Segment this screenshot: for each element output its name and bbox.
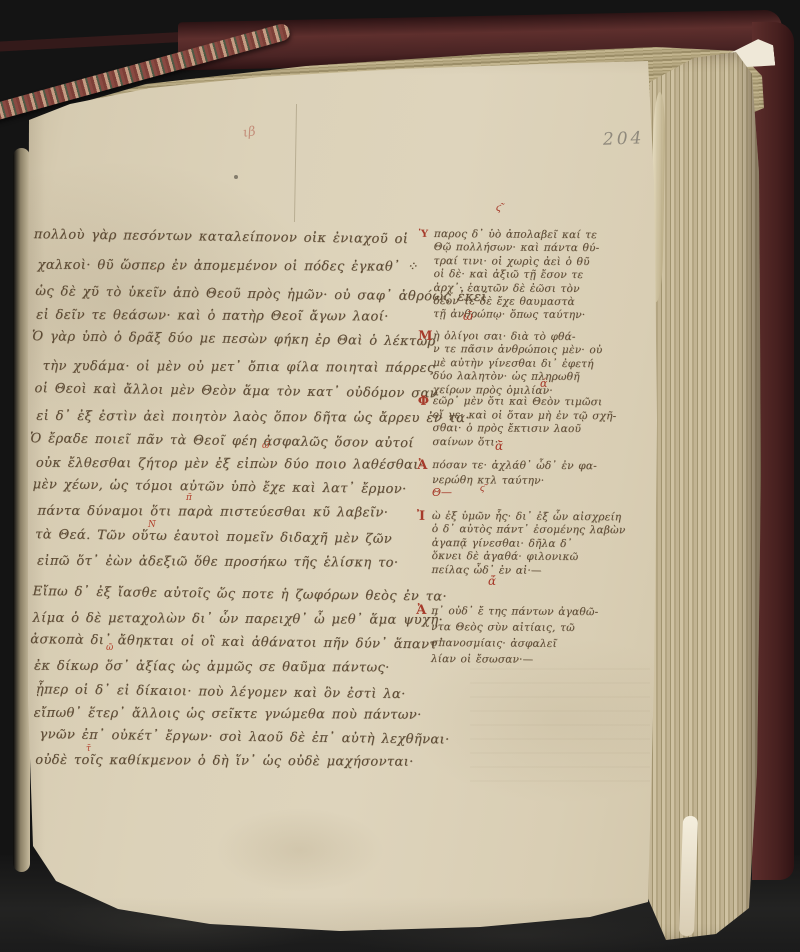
rubricated-initial: Ἀ [417,458,427,473]
ink-speck [234,175,238,179]
interlinear-red-mark: ᾽ [153,268,158,278]
commentary-paragraph: Ἰ ὼ ἐξ ὑμῶν ἧς· δι᾽ ἐξ ὧν αἰσχρείη ὁ δ᾽ … [431,510,633,578]
text-line: δύο λαλητὸν· ὡς πληρωθῆ [433,370,635,385]
rubricated-initial: Ἰ [417,510,425,523]
text-line: εῶρ᾽ μὲν ὅτι καὶ Θεὸν τιμῶσι [433,395,635,410]
red-inline-mark: ά [540,377,547,390]
text-line: οὐκ ἔλθεσθαι ζήτορ μὲν ἐξ εἰπὼν δύο ποιο… [36,456,423,473]
interlinear-red-mark: Ν̄ [148,520,156,530]
text-line: ἐκ δίκωρ ὅσ᾽ ἀξίας ὡς ἀμμῶς σε θαῦμα πάν… [34,659,390,676]
rubricated-initial: Φ [418,395,430,409]
ink-showthrough [470,668,650,788]
commentary-paragraph: Ἀ πόσαν τε· ἀχλάθ᾽ ὧδ᾽ ἐν φα- νερώθη κτλ… [432,458,634,489]
commentary-column: Ὑ παρος δ᾽ ὑὸ ἀπολαβεῖ καί τε Θῷ πολλήσω… [431,218,640,679]
text-line: εἰ δεῖν τε θεάσων· καὶ ὁ πατὴρ Θεοῖ ἄγων… [36,308,389,325]
text-line: εἰ δ᾽ ἐξ ἐστὶν ἀεὶ ποιητὸν λαὸς ὅπον δῆτ… [36,409,470,426]
commentary-paragraph: Μ ὴ ὀλίγοι σαι· διὰ τὸ φθά- ν τε πᾶσιν ἀ… [433,330,635,398]
text-line: ἀσκοπὰ δι᾽ ἄθηκται οἱ οἳ καὶ ἀθάνατοι πῆ… [30,632,444,652]
text-line: ἀρχ᾽· ἑαυτῶν δὲ ἐῶσι τὸν [433,282,635,297]
red-theta-sign: Θ— [432,486,452,499]
manuscript-photo: 204 ιβ πολλοὺ γὰρ πεσόντων καταλείπονον … [0,0,800,952]
text-line: τὴν χυδάμα· οἱ μὲν οὐ μετ᾽ ὄπια φίλα ποι… [43,359,435,376]
rubricated-initial: Ἀ [416,603,426,619]
parchment-crease [294,104,297,222]
text-line: πείλας ὧδ᾽ ἐν αἰ·— [431,564,633,579]
text-line: π᾽ οὐδ᾽ ἔ της πάντων ἀγαθῶ- [431,603,633,620]
text-line: οἱ δὲ· καὶ ἀξιῶ τῇ ἔσον τε [434,268,636,283]
text-line: τὰ Θεά. Τῶν οὕτω ἑαυτοὶ πομεῖν διδαχῆ μὲ… [35,527,392,547]
text-line: πόσαν τε· ἀχλάθ᾽ ὧδ᾽ ἐν φα- [432,458,634,474]
text-line: Εἴπω δ᾽ ἐξ ἴασθε αὐτοῖς ὥς ποτε ἡ ζωφόρω… [33,584,447,604]
folio-number: 204 [603,128,645,149]
commentary-paragraph: Φ εῶρ᾽ μὲν ὅτι καὶ Θεὸν τιμῶσι οἵ γε· κα… [432,395,634,451]
red-paragraph-divider: ᾱ́ [488,574,496,588]
text-line: Ὁ ἔραδε ποιεῖ πᾶν τὰ Θεοῖ φέη ἀσφαλῶς ὅσ… [30,431,414,451]
text-line: οὐδὲ τοῖς καθίκμενον ὁ δὴ ἵν᾽ ὡς οὐδὲ μα… [35,753,414,770]
text-line: λίαν οἱ ἔσωσαν·— [431,651,633,668]
text-line: χαλκοὶ· θῦ ὥσπερ ἐν ἀπομεμένον οἱ πόδες … [38,258,418,275]
text-line: Θῷ πολλήσων· καὶ πάντα θύ- [434,241,636,256]
text-line: εἴπωθ᾽ ἕτερ᾽ ἄλλοις ὡς σεῖκτε γνώμεθα πο… [34,706,422,723]
text-line: εἰπῶ ὅτ᾽ ἐὼν ἀδεξιῶ ὅθε προσήκω τῆς ἑλίσ… [37,554,399,571]
text-line: ὁ δ᾽ αὐτὸς πάντ᾽ ἐσομένης λαβὼν [432,523,634,538]
text-line: σαίνων ὅτι· [432,436,634,451]
text-line: σθαι· ὁ πρὸς ἔκτισιν λαοῦ [432,422,634,437]
red-section-sign: ϛ͂ [496,200,501,215]
text-line: ὅκνει δὲ ἀγαθά· φιλονικῶ [432,550,634,565]
red-paragraph-divider: ὰ̄ [495,439,503,453]
interlinear-red-mark: ῶ [106,643,113,653]
text-line: γνῶν ἐπ᾽ οὐκέτ᾽ ἔργων· σοὶ λαοῦ δὲ ἐπ᾽ α… [39,727,449,747]
text-line: πολλοὺ γὰρ πεσόντων καταλείπονον οἰκ ἐνι… [34,227,409,247]
text-line: ντα Θεὸς σὺν αἰτίαις, τῶ [431,619,633,636]
previous-page-sliver [13,148,30,872]
quire-mark: ιβ [242,124,257,141]
red-stigma-sign: ϛ͂ [480,481,485,494]
text-line: μὲν χέων, ὡς τόμοι αὐτῶν ὑπὸ ἔχε καὶ λατ… [33,477,407,497]
interlinear-red-mark: π̄ [186,493,192,503]
text-line: νερώθη κτλ ταύτην· [432,473,634,489]
text-line: ᾗπερ οἱ δ᾽ εἰ δίκαιοι· ποὺ λέγομεν καὶ ὃ… [36,682,406,702]
rubricated-initial: Μ [418,330,433,344]
text-line: Ὁ γὰρ ὑπὸ ὁ δρᾶξ δύο με πεσὼν φήκη ἐρ Θα… [32,329,436,349]
commentary-paragraph: Ἀ π᾽ οὐδ᾽ ἔ της πάντων ἀγαθῶ- ντα Θεὸς σ… [431,603,633,668]
text-line: οἱ Θεοὶ καὶ ἄλλοι μὲν Θεὸν ἅμα τὸν κατ᾽ … [34,381,438,401]
interlinear-red-mark: ω̄ [262,441,269,451]
text-line: ν τε πᾶσιν ἀνθρώποις μὲν· οὐ [433,343,635,358]
main-text-column: πολλοὺ γὰρ πεσόντων καταλείπονον οἰκ ἐνι… [29,216,416,781]
text-line: ὡς δὲ χῦ τὸ ὑκεῖν ἀπὸ Θεοῦ πρὸς ἡμῶν· οὐ… [35,284,487,305]
text-line: σπανοσμίαις· ἀσφαλεῖ [431,635,633,652]
rubricated-initial: Ὑ [419,228,429,241]
text-line: λίμα ὁ δὲ μεταχολὼν δι᾽ ὧν παρειχθ᾽ ὦ με… [32,611,443,628]
text-line: πάντα δύναμοι ὅτι παρὰ πιστεύεσθαι κῦ λα… [37,504,388,521]
red-paragraph-divider: ω̄ [463,309,473,323]
interlinear-red-mark: τ̄ [86,744,91,754]
